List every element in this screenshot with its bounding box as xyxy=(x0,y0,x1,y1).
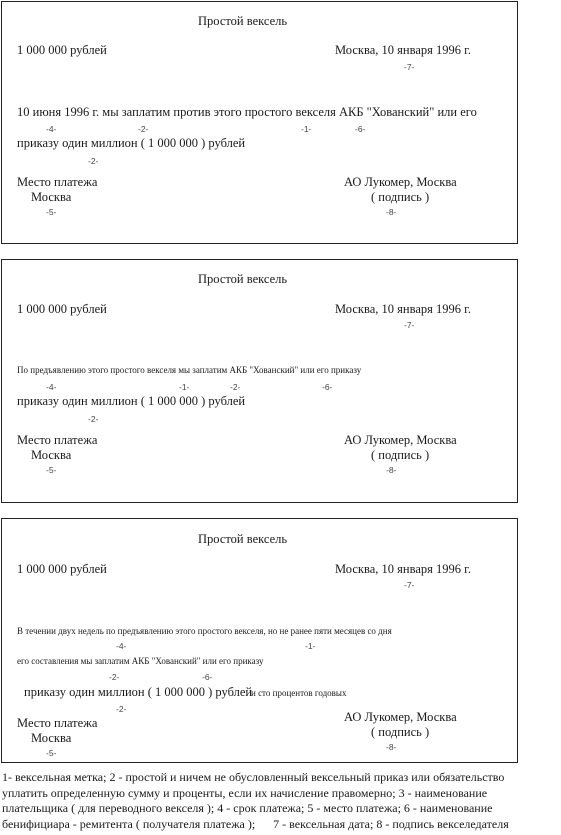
promissory-note-2: Простой вексель 1 000 000 рублей Москва,… xyxy=(1,259,518,503)
mark-1: -1- xyxy=(301,125,311,134)
mark-1: -1- xyxy=(305,642,315,651)
mark-7: -7- xyxy=(404,581,414,590)
payment-place-label: Место платежа xyxy=(17,717,97,730)
mark-2: -2- xyxy=(88,415,98,424)
note-title: Простой вексель xyxy=(198,15,287,28)
payment-place-label: Место платежа xyxy=(17,434,97,447)
drawer-name: АО Лукомер, Москва xyxy=(344,434,457,447)
mark-2: -2- xyxy=(230,383,240,392)
note-amount: 1 000 000 рублей xyxy=(17,303,107,316)
legend-line: 1- вексельная метка; 2 - простой и ничем… xyxy=(2,770,557,786)
place-date: Москва, 10 января 1996 г. xyxy=(335,563,471,576)
promissory-note-1: Простой вексель 1 000 000 рублей Москва,… xyxy=(1,1,518,244)
mark-2: -2- xyxy=(138,125,148,134)
mark-1: -1- xyxy=(179,383,189,392)
payment-place: Москва xyxy=(31,191,71,204)
payment-amount-clause: приказу один миллион ( 1 000 000 ) рубле… xyxy=(24,686,252,699)
payment-amount-clause: приказу один миллион ( 1 000 000 ) рубле… xyxy=(17,137,245,150)
mark-4: -4- xyxy=(46,383,56,392)
legend-line: бенифициара - ремитента ( получателя пла… xyxy=(2,817,557,833)
interest-clause: и сто процентов годовых xyxy=(251,689,346,698)
place-date: Москва, 10 января 1996 г. xyxy=(335,44,471,57)
payment-place: Москва xyxy=(31,449,71,462)
mark-8: -8- xyxy=(386,466,396,475)
mark-2: -2- xyxy=(109,673,119,682)
note-amount: 1 000 000 рублей xyxy=(17,44,107,57)
mark-4: -4- xyxy=(116,642,126,651)
legend: 1- вексельная метка; 2 - простой и ничем… xyxy=(2,770,557,832)
note-title: Простой вексель xyxy=(198,273,287,286)
signature: ( подпись ) xyxy=(371,726,429,739)
payment-amount-clause: приказу один миллион ( 1 000 000 ) рубле… xyxy=(17,395,245,408)
payment-place-label: Место платежа xyxy=(17,176,97,189)
place-date: Москва, 10 января 1996 г. xyxy=(335,303,471,316)
legend-line: плательщика ( для переводного векселя );… xyxy=(2,801,557,817)
mark-2: -2- xyxy=(116,705,126,714)
signature: ( подпись ) xyxy=(371,449,429,462)
mark-6: -6- xyxy=(202,673,212,682)
mark-5: -5- xyxy=(46,208,56,217)
note-title: Простой вексель xyxy=(198,533,287,546)
mark-2: -2- xyxy=(88,157,98,166)
mark-6: -6- xyxy=(355,125,365,134)
mark-6: -6- xyxy=(322,383,332,392)
payment-place: Москва xyxy=(31,732,71,745)
signature: ( подпись ) xyxy=(371,191,429,204)
mark-8: -8- xyxy=(386,743,396,752)
mark-5: -5- xyxy=(46,466,56,475)
mark-7: -7- xyxy=(404,321,414,330)
drawer-name: АО Лукомер, Москва xyxy=(344,711,457,724)
payment-clause: По предъявлению этого простого векселя м… xyxy=(17,366,361,375)
mark-7: -7- xyxy=(404,63,414,72)
payment-clause: 10 июня 1996 г. мы заплатим против этого… xyxy=(17,106,477,119)
mark-8: -8- xyxy=(386,208,396,217)
note-amount: 1 000 000 рублей xyxy=(17,563,107,576)
drawer-name: АО Лукомер, Москва xyxy=(344,176,457,189)
mark-5: -5- xyxy=(46,749,56,758)
promissory-note-3: Простой вексель 1 000 000 рублей Москва,… xyxy=(1,518,518,763)
payment-clause-continued: его составления мы заплатим АКБ "Хованск… xyxy=(17,657,264,666)
payment-clause: В течении двух недель по предъявлению эт… xyxy=(17,627,392,636)
legend-line: уплатить определенную сумму и проценты, … xyxy=(2,786,557,802)
mark-4: -4- xyxy=(46,125,56,134)
